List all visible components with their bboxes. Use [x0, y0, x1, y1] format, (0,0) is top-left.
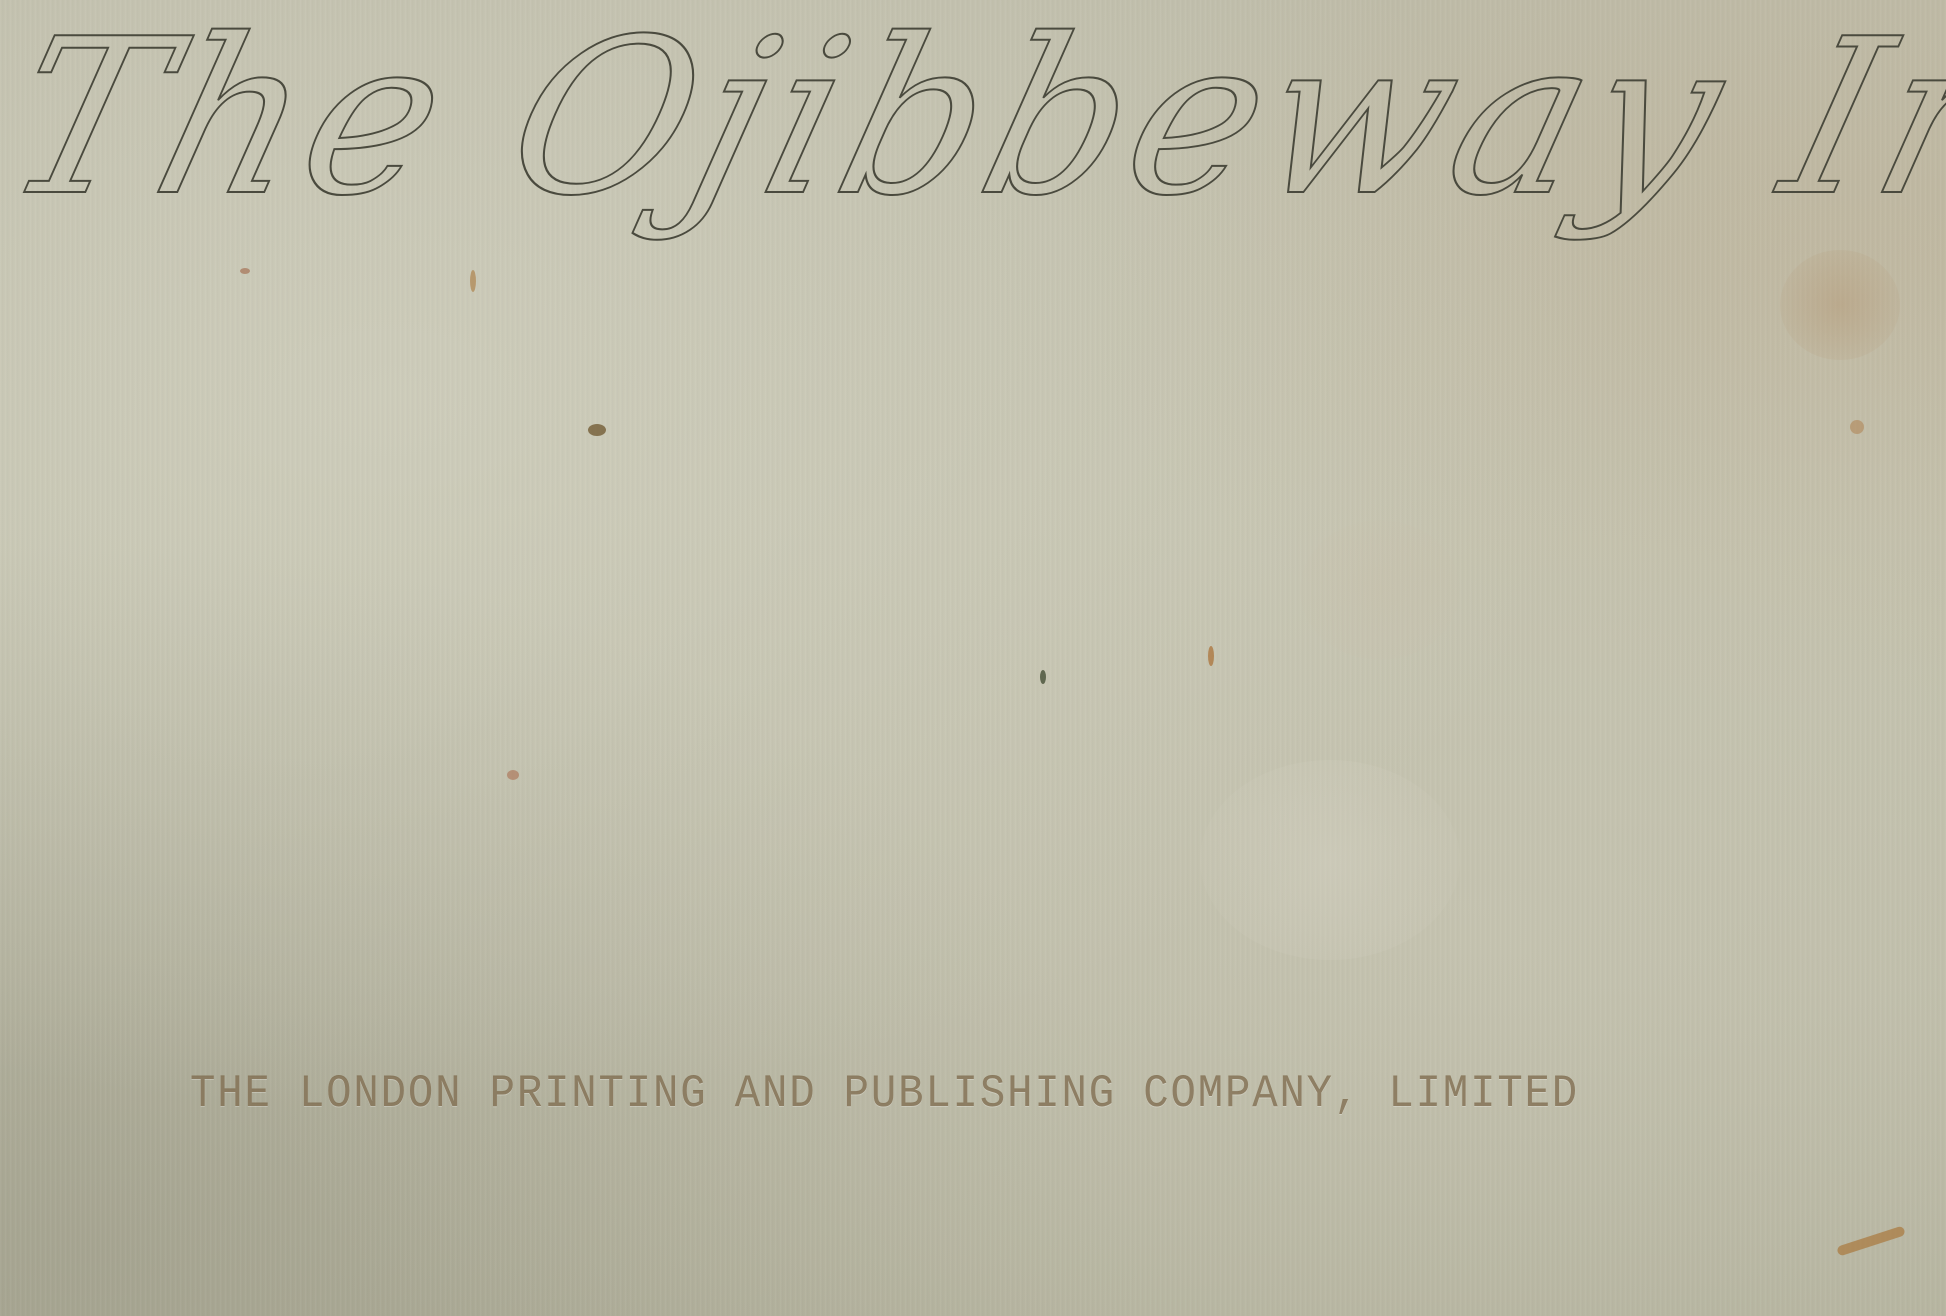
foxing-stain	[1200, 760, 1460, 960]
paper-speck	[507, 770, 519, 780]
paper-speck	[588, 424, 606, 436]
card-title: The Ojibbeway Indians	[0, 10, 1946, 225]
printed-card: The Ojibbeway Indians THE LONDON PRINTIN…	[0, 0, 1946, 1316]
paper-speck	[1850, 420, 1864, 434]
ink-mark	[1836, 1225, 1906, 1256]
paper-speck	[1208, 646, 1214, 666]
paper-speck	[1040, 670, 1046, 684]
foxing-stain	[1300, 520, 1460, 660]
title-script: The Ojibbeway Indians	[0, 0, 1946, 380]
publisher-imprint: THE LONDON PRINTING AND PUBLISHING COMPA…	[190, 1068, 1579, 1120]
